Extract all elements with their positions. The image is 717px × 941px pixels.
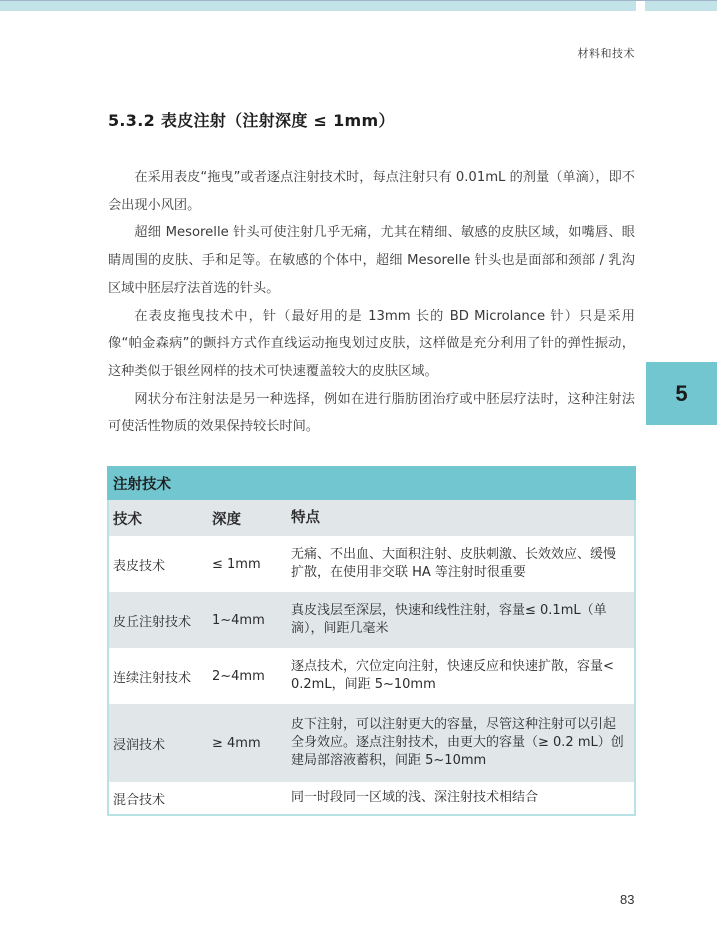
table-row: 表皮技术 ≤ 1mm 无痛、不出血、大面积注射、皮肤刺激、长效效应、缓慢扩散，在… xyxy=(109,536,634,592)
cell-technique: 浸润技术 xyxy=(109,734,212,753)
section-title: 5.3.2 表皮注射（注射深度 ≤ 1mm） xyxy=(108,108,395,131)
cell-technique: 皮丘注射技术 xyxy=(109,611,212,630)
chapter-number: 5 xyxy=(675,381,687,407)
cell-features: 皮下注射，可以注射更大的容量，尽管这种注射可以引起全身效应。逐点注射技术，由更大… xyxy=(291,716,634,770)
paragraph: 在采用表皮“拖曳”或者逐点注射技术时，每点注射只有 0.01mL 的剂量（单滴）… xyxy=(108,164,635,219)
top-color-bar xyxy=(0,0,717,11)
table-title: 注射技术 xyxy=(107,466,636,500)
page-number: 83 xyxy=(620,892,634,907)
table-row: 连续注射技术 2~4mm 逐点技术，穴位定向注射，快速反应和快速扩散，容量< 0… xyxy=(109,648,634,704)
injection-techniques-table: 注射技术 技术 深度 特点 表皮技术 ≤ 1mm 无痛、不出血、大面积注射、皮肤… xyxy=(107,466,636,816)
cell-features: 逐点技术，穴位定向注射，快速反应和快速扩散，容量< 0.2mL，间距 5~10m… xyxy=(291,658,634,694)
chapter-tab: 5 xyxy=(646,362,717,425)
cell-technique: 表皮技术 xyxy=(109,555,212,574)
body-text: 在采用表皮“拖曳”或者逐点注射技术时，每点注射只有 0.01mL 的剂量（单滴）… xyxy=(108,164,635,441)
cell-technique: 连续注射技术 xyxy=(109,667,212,686)
paragraph: 网状分布注射法是另一种选择，例如在进行脂肪团治疗或中胚层疗法时，这种注射法可使活… xyxy=(108,386,635,441)
cell-features: 真皮浅层至深层，快速和线性注射，容量≤ 0.1mL（单滴），间距几毫米 xyxy=(291,602,634,638)
column-header-depth: 深度 xyxy=(212,508,291,529)
top-bar-gap xyxy=(636,1,645,11)
cell-technique: 混合技术 xyxy=(109,789,212,808)
paragraph: 在表皮拖曳技术中，针（最好用的是 13mm 长的 BD Microlance 针… xyxy=(108,303,635,386)
table-row: 浸润技术 ≥ 4mm 皮下注射，可以注射更大的容量，尽管这种注射可以引起全身效应… xyxy=(109,704,634,782)
cell-depth: 1~4mm xyxy=(212,613,291,628)
table-row: 皮丘注射技术 1~4mm 真皮浅层至深层，快速和线性注射，容量≤ 0.1mL（单… xyxy=(109,592,634,648)
table-row: 混合技术 同一时段同一区域的浅、深注射技术相结合 xyxy=(109,782,634,814)
cell-depth: ≤ 1mm xyxy=(212,557,291,572)
paragraph: 超细 Mesorelle 针头可使注射几乎无痛，尤其在精细、敏感的皮肤区域，如嘴… xyxy=(108,219,635,302)
cell-depth: ≥ 4mm xyxy=(212,736,291,751)
cell-depth: 2~4mm xyxy=(212,669,291,684)
column-header-features: 特点 xyxy=(291,509,634,527)
cell-features: 同一时段同一区域的浅、深注射技术相结合 xyxy=(291,789,634,807)
cell-features: 无痛、不出血、大面积注射、皮肤刺激、长效效应、缓慢扩散，在使用非交联 HA 等注… xyxy=(291,546,634,582)
table-header-row: 技术 深度 特点 xyxy=(109,500,634,536)
column-header-technique: 技术 xyxy=(109,508,212,529)
running-head: 材料和技术 xyxy=(578,45,636,61)
